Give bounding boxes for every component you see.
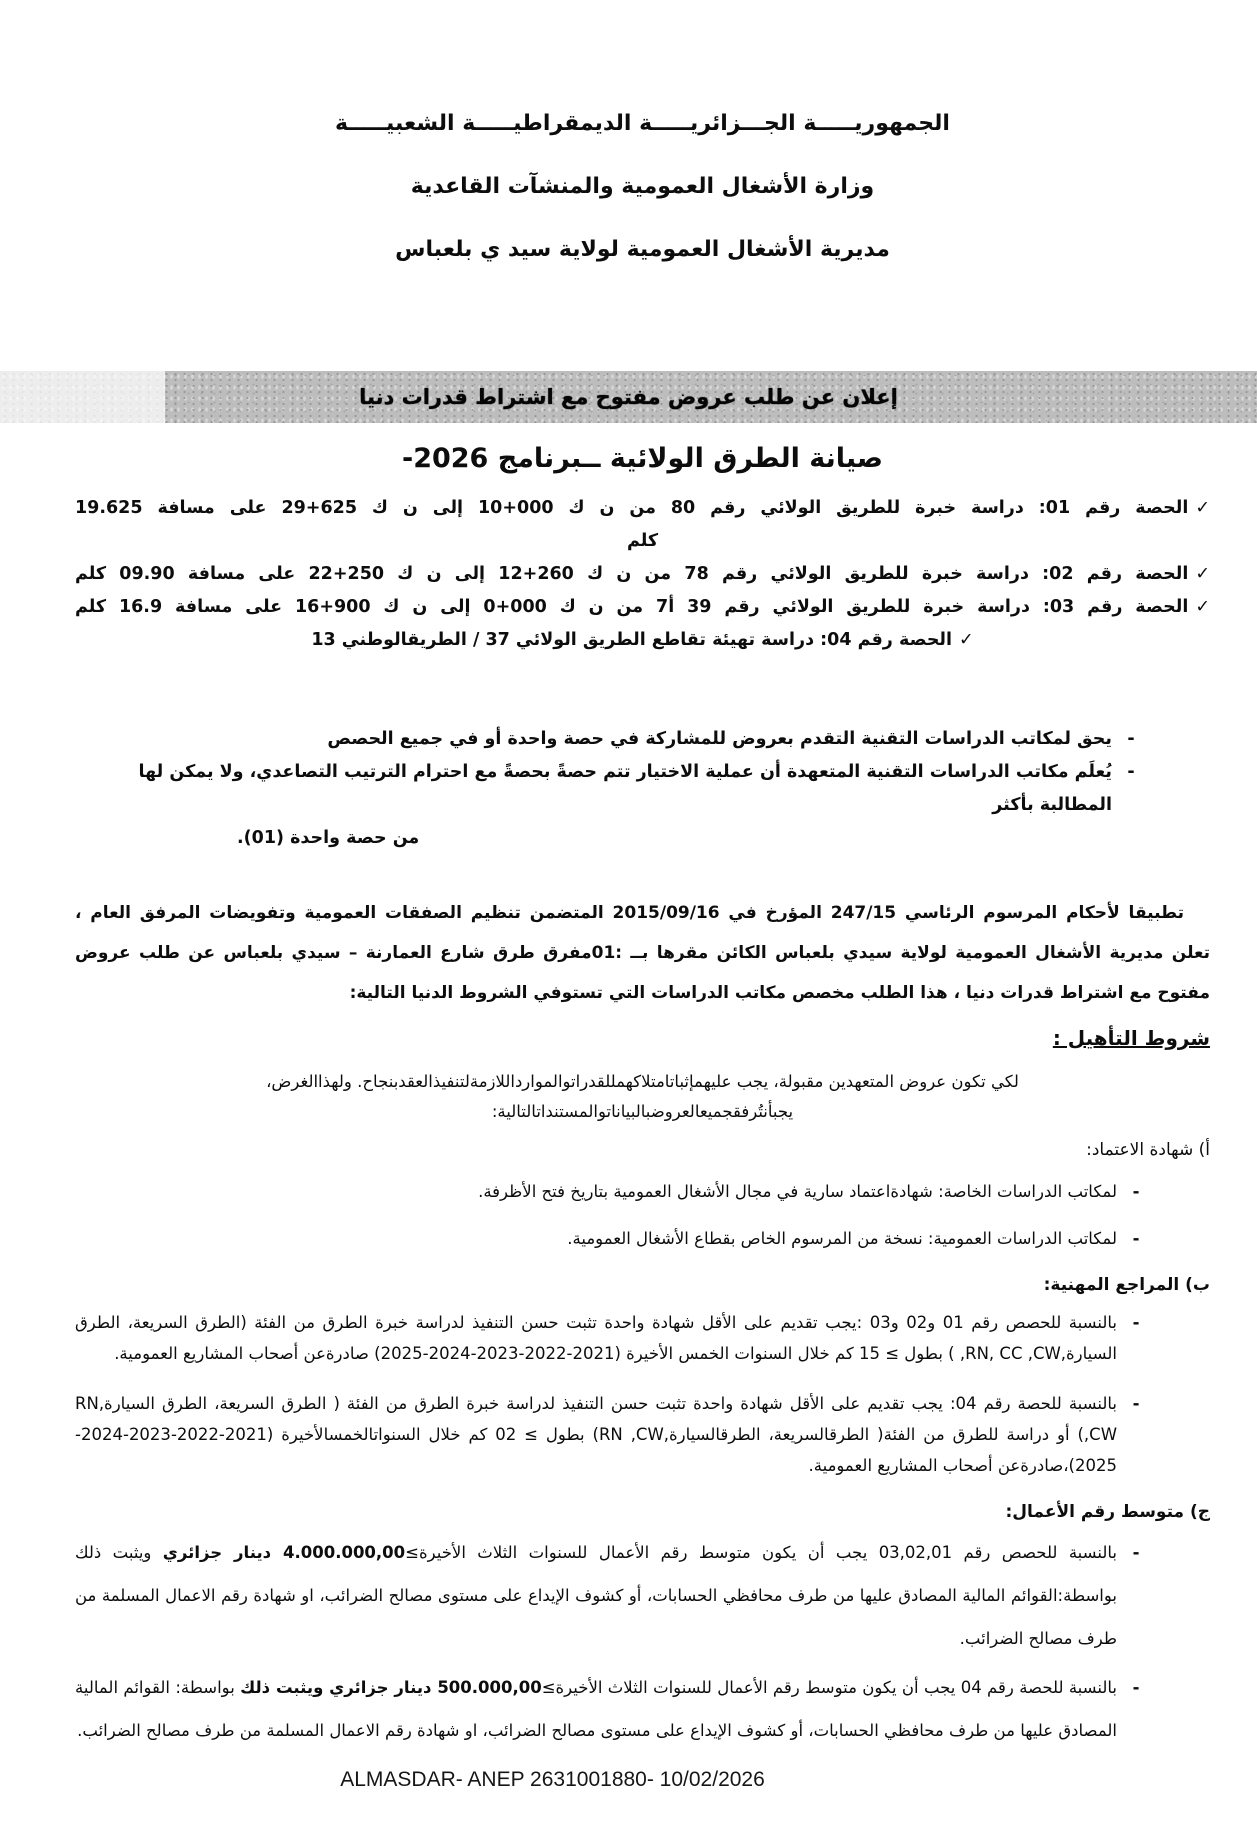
- checkmark-icon: ✓: [959, 624, 974, 657]
- tender-announcement-title: إعلان عن طلب عروض مفتوح مع اشتراط قدرات …: [359, 385, 898, 409]
- lot-3-text: الحصة رقم 03: دراسة خبرة للطريق الولائي …: [75, 597, 1188, 617]
- acceptance-line: لكي تكون عروض المتعهدين مقبولة، يجب عليه…: [75, 1067, 1210, 1097]
- participation-note: - يُعلَم مكاتب الدراسات التقنية المتعهدة…: [75, 756, 1150, 822]
- turnover-amount: 500.000,00 دينار جزائري ويثبت ذلك: [240, 1678, 542, 1697]
- dash-icon: -: [1117, 1666, 1155, 1709]
- document-header: الجمهوريـــــة الجـــزائريـــــة الديمقر…: [75, 92, 1210, 281]
- intro-paragraph: تطبيقا لأحكام المرسوم الرئاسي 247/15 الم…: [75, 893, 1210, 1013]
- participation-note-continuation: من حصة واحدة (01).: [237, 822, 1150, 855]
- turnover-requirement: بالنسبة للحصة رقم 04 يجب أن يكون متوسط ر…: [542, 1678, 1117, 1697]
- lot-item: ✓الحصة رقم 01: دراسة خبرة للطريق الولائي…: [75, 492, 1210, 558]
- section-c-bullets: - بالنسبة للحصص رقم 03,02,01 يجب أن يكون…: [75, 1531, 1210, 1752]
- turnover-bullet-text: بالنسبة للحصص رقم 03,02,01 يجب أن يكون م…: [75, 1531, 1117, 1660]
- lot-2-text: الحصة رقم 02: دراسة خبرة للطريق الولائي …: [75, 564, 1188, 584]
- section-b-heading: ب) المراجع المهنية:: [75, 1270, 1210, 1300]
- dash-icon: -: [1112, 756, 1150, 789]
- participation-note: - يحق لمكاتب الدراسات التقنية التقدم بعر…: [75, 723, 1150, 756]
- section-c-heading: ج) متوسط رقم الأعمال:: [75, 1497, 1210, 1527]
- notice-band: إعلان عن طلب عروض مفتوح مع اشتراط قدرات …: [0, 371, 1257, 423]
- accreditation-bullet-text: لمكاتب الدراسات الخاصة: شهادةاعتماد ساري…: [75, 1177, 1117, 1207]
- acceptance-line: يجبأنتُرفقجميعالعروضبالبياناتوالمستنداتا…: [75, 1097, 1210, 1127]
- checkmark-icon: ✓: [1195, 558, 1210, 591]
- dash-icon: -: [1117, 1531, 1155, 1574]
- participation-notes: - يحق لمكاتب الدراسات التقنية التقدم بعر…: [75, 723, 1210, 855]
- acceptance-paragraph: لكي تكون عروض المتعهدين مقبولة، يجب عليه…: [75, 1067, 1210, 1127]
- dash-icon: -: [1117, 1388, 1155, 1419]
- program-title: صيانة الطرق الولائية ــبرنامج 2026-: [75, 439, 1210, 479]
- scanned-tender-document: الجمهوريـــــة الجـــزائريـــــة الديمقر…: [0, 0, 1257, 1839]
- lot-4-text: الحصة رقم 04: دراسة تهيئة تقاطع الطريق ا…: [311, 630, 952, 650]
- references-bullet: - بالنسبة للحصة رقم 04: يجب تقديم على ال…: [75, 1388, 1155, 1481]
- turnover-bullet: - بالنسبة للحصص رقم 03,02,01 يجب أن يكون…: [75, 1531, 1155, 1660]
- turnover-amount: 4.000.000,00 دينار جزائري: [163, 1543, 405, 1562]
- dash-icon: -: [1117, 1177, 1155, 1207]
- accreditation-bullet-text: لمكاتب الدراسات العمومية: نسخة من المرسو…: [75, 1224, 1117, 1254]
- dash-icon: -: [1117, 1224, 1155, 1254]
- lot-item: ✓الحصة رقم 03: دراسة خبرة للطريق الولائي…: [75, 591, 1210, 624]
- checkmark-icon: ✓: [1195, 591, 1210, 624]
- dash-icon: -: [1112, 723, 1150, 756]
- turnover-bullet: - بالنسبة للحصة رقم 04 يجب أن يكون متوسط…: [75, 1666, 1155, 1752]
- lot-item: ✓الحصة رقم 04: دراسة تهيئة تقاطع الطريق …: [75, 624, 1210, 657]
- anep-reference: ALMASDAR- ANEP 2631001880- 10/02/2026: [340, 1768, 765, 1792]
- section-b-bullets: - بالنسبة للحصص رقم 01 و02 و03 :يجب تقدي…: [75, 1307, 1210, 1481]
- dash-icon: -: [1117, 1307, 1155, 1338]
- section-a-heading: أ) شهادة الاعتماد:: [75, 1135, 1210, 1165]
- republic-title: الجمهوريـــــة الجـــزائريـــــة الديمقر…: [75, 92, 1210, 155]
- ministry-title: وزارة الأشغال العمومية والمنشآت القاعدية: [75, 155, 1210, 218]
- lot-item: ✓الحصة رقم 02: دراسة خبرة للطريق الولائي…: [75, 558, 1210, 591]
- section-a-bullets: - لمكاتب الدراسات الخاصة: شهادةاعتماد سا…: [75, 1177, 1210, 1254]
- lots-list: ✓الحصة رقم 01: دراسة خبرة للطريق الولائي…: [75, 492, 1210, 657]
- accreditation-bullet: - لمكاتب الدراسات العمومية: نسخة من المر…: [75, 1224, 1155, 1254]
- accreditation-bullet: - لمكاتب الدراسات الخاصة: شهادةاعتماد سا…: [75, 1177, 1155, 1207]
- checkmark-icon: ✓: [1195, 492, 1210, 525]
- references-bullet-text: بالنسبة للحصص رقم 01 و02 و03 :يجب تقديم …: [75, 1307, 1117, 1369]
- references-bullet-text: بالنسبة للحصة رقم 04: يجب تقديم على الأق…: [75, 1388, 1117, 1481]
- directorate-title: مديرية الأشغال العمومية لولاية سيد ي بلع…: [75, 218, 1210, 281]
- participation-note-text: يحق لمكاتب الدراسات التقنية التقدم بعروض…: [75, 723, 1112, 756]
- turnover-bullet-text: بالنسبة للحصة رقم 04 يجب أن يكون متوسط ر…: [75, 1666, 1117, 1752]
- lot-1-continuation: كلم: [75, 525, 1210, 558]
- qualification-conditions-heading: شروط التأهيل :: [75, 1021, 1210, 1055]
- lot-1-text: الحصة رقم 01: دراسة خبرة للطريق الولائي …: [75, 498, 1188, 518]
- references-bullet: - بالنسبة للحصص رقم 01 و02 و03 :يجب تقدي…: [75, 1307, 1155, 1369]
- participation-note-text: يُعلَم مكاتب الدراسات التقنية المتعهدة أ…: [75, 756, 1112, 822]
- turnover-requirement: بالنسبة للحصص رقم 03,02,01 يجب أن يكون م…: [405, 1543, 1117, 1562]
